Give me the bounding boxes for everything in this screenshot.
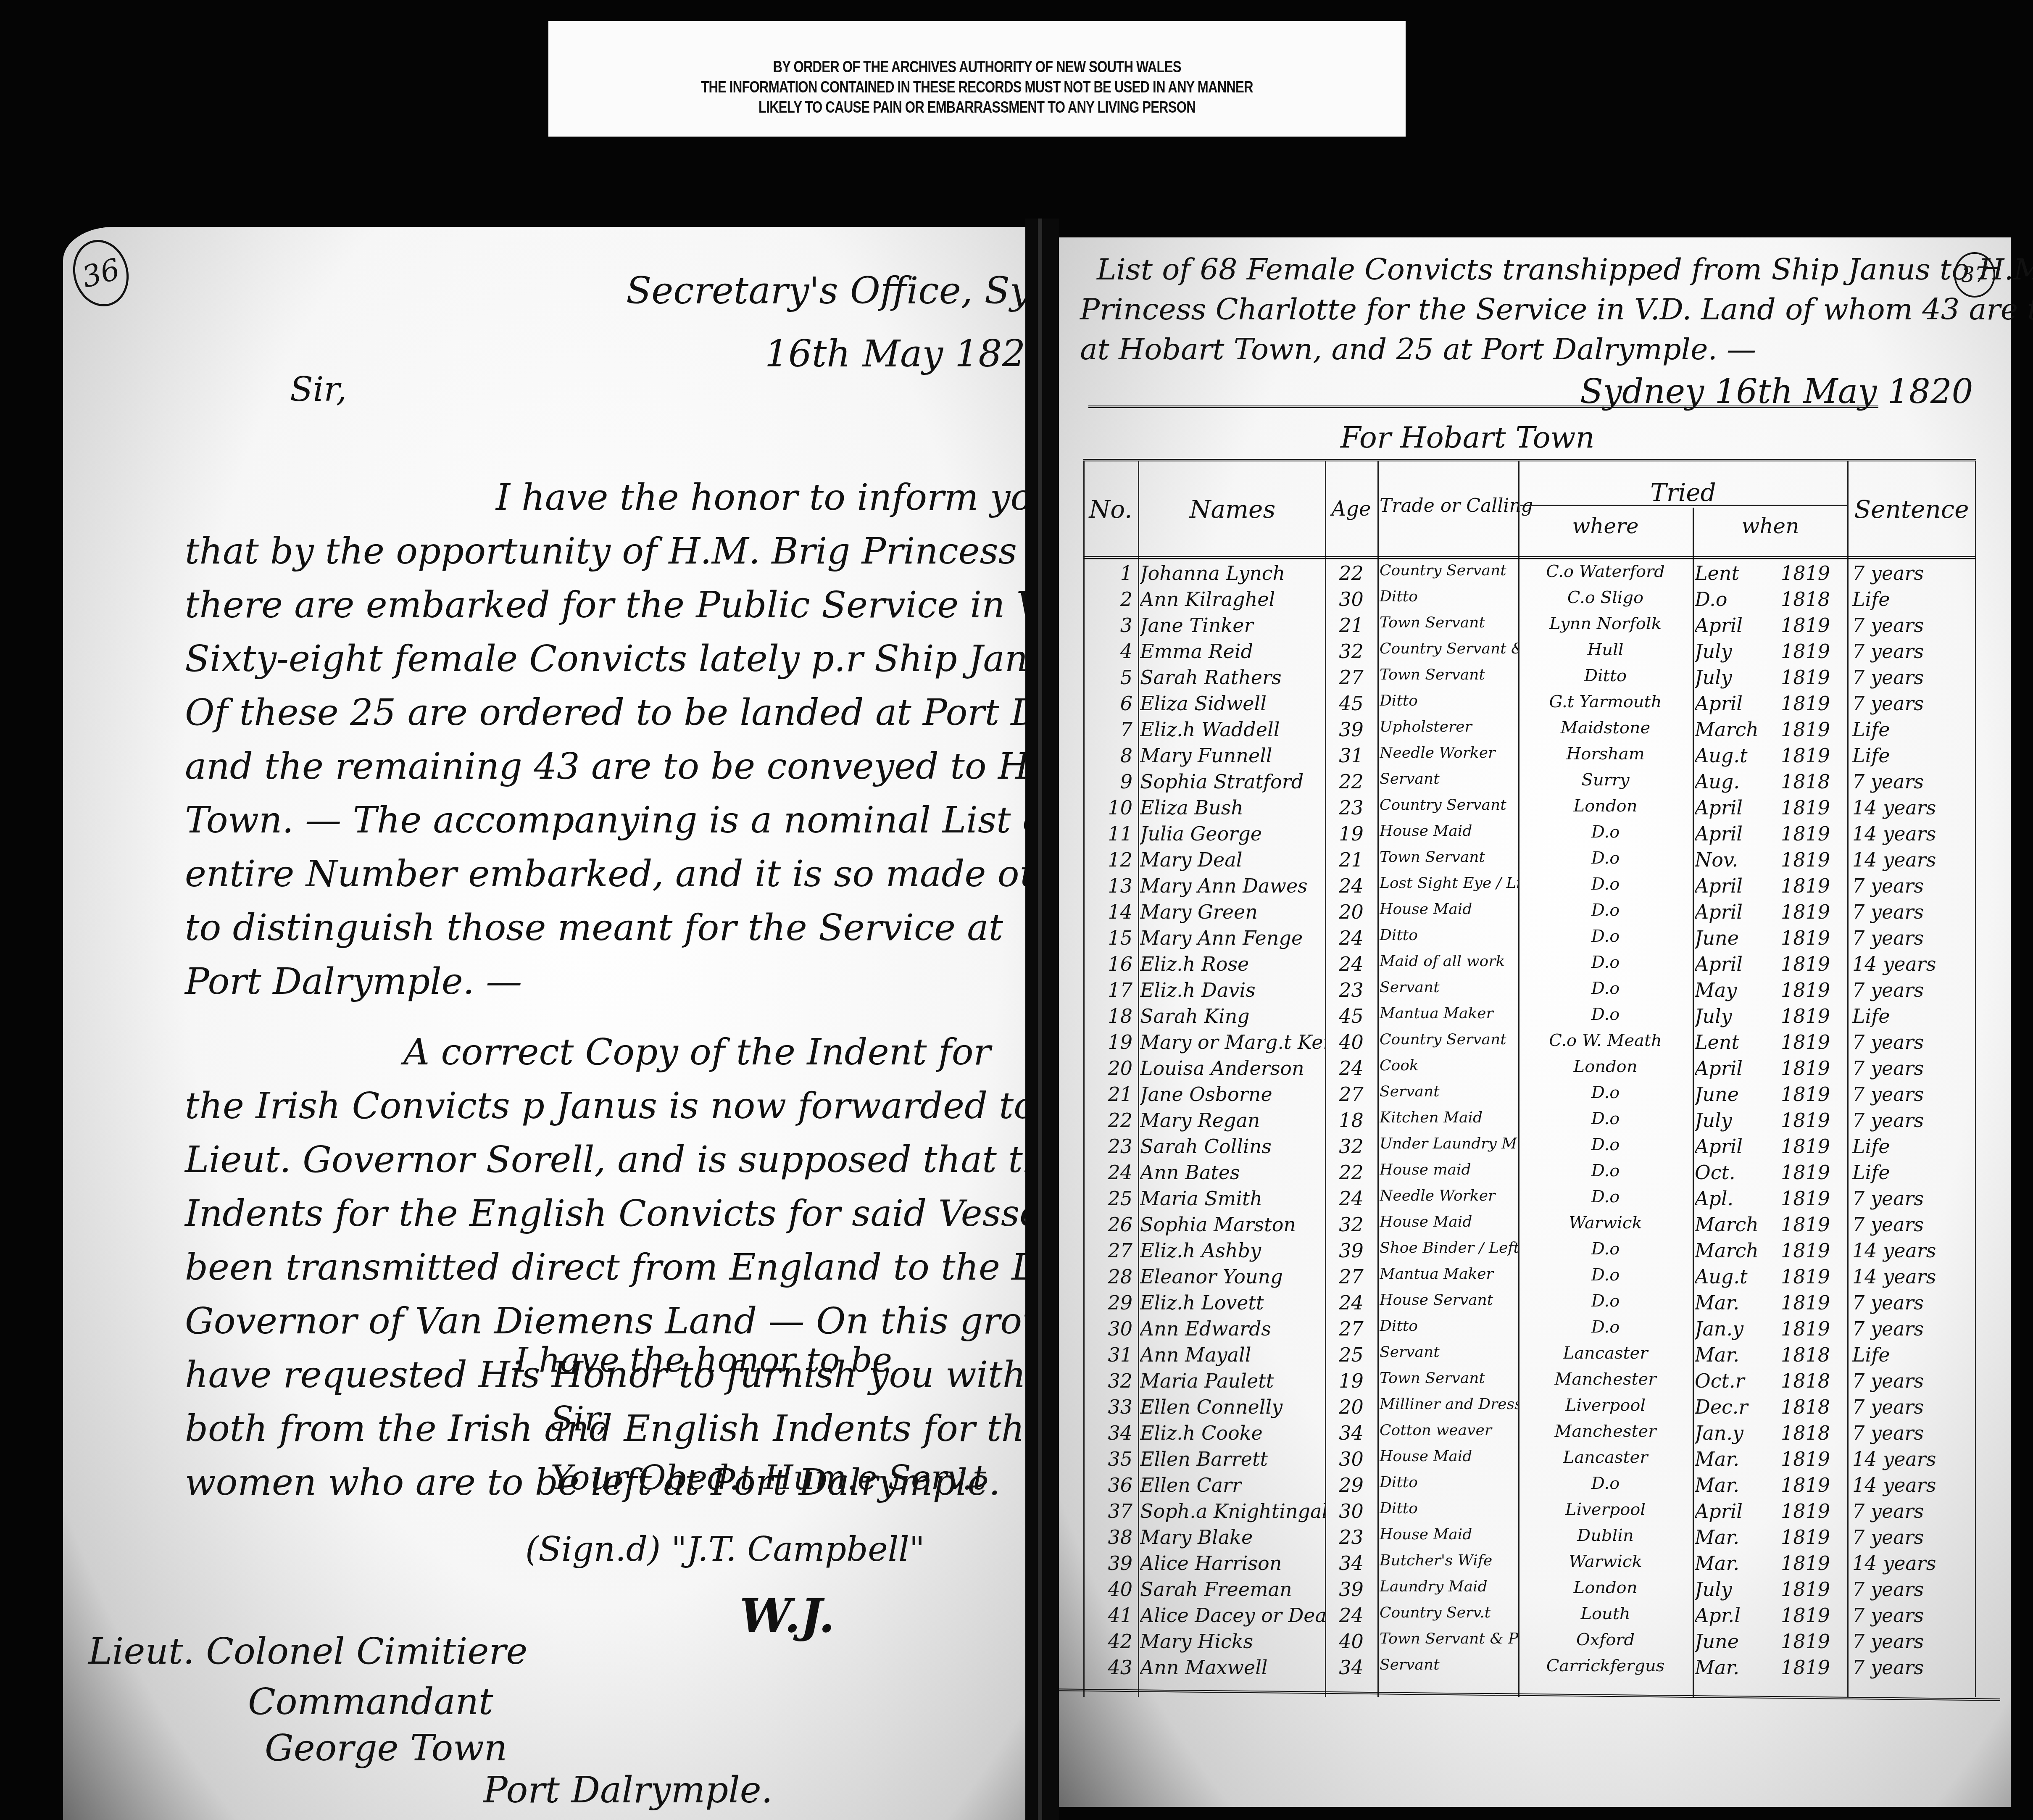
tried-when-month: March — [1695, 1213, 1779, 1236]
table-row: 21Jane Osborne27ServantD.oJune18197 year… — [1083, 1081, 1976, 1107]
sentence: 7 years — [1852, 1630, 1974, 1653]
table-row: 2Ann Kilraghel30DittoC.o SligoD.o1818Lif… — [1083, 586, 1976, 612]
sentence: 7 years — [1852, 1213, 1974, 1236]
table-row: 18Sarah King45Mantua MakerD.oJuly1819Lif… — [1083, 1003, 1976, 1029]
convict-age: 34 — [1327, 1656, 1375, 1679]
sentence: 14 years — [1852, 1474, 1974, 1496]
convict-age: 19 — [1327, 1370, 1375, 1392]
tried-when-month: Oct.r — [1695, 1370, 1779, 1392]
tried-when-year: 1819 — [1781, 614, 1838, 637]
row-number: 30 — [1083, 1317, 1136, 1340]
tried-where: Horsham — [1520, 744, 1691, 764]
sentence: 7 years — [1852, 874, 1974, 897]
trade-or-calling: House Maid — [1380, 1448, 1518, 1465]
tried-where: Liverpool — [1520, 1396, 1691, 1415]
tried-when-year: 1819 — [1781, 1135, 1838, 1158]
tried-where: D.o — [1520, 1317, 1691, 1337]
trade-or-calling: Kitchen Maid — [1380, 1109, 1518, 1126]
tried-where: D.o — [1520, 1187, 1691, 1206]
row-number: 10 — [1083, 796, 1136, 819]
convict-name: Emma Reid — [1140, 640, 1325, 663]
tried-when-year: 1819 — [1781, 692, 1838, 715]
row-number: 19 — [1083, 1031, 1136, 1054]
tried-when-year: 1819 — [1781, 1031, 1838, 1054]
tried-where: Manchester — [1520, 1422, 1691, 1441]
tried-when-month: Nov. — [1695, 848, 1779, 871]
tried-where: D.o — [1520, 979, 1691, 998]
tried-where: Louth — [1520, 1604, 1691, 1623]
table-row: 23Sarah Collins32Under Laundry M.dD.oApr… — [1083, 1133, 1976, 1159]
convict-name: Johanna Lynch — [1140, 562, 1325, 585]
tried-when-month: March — [1695, 1239, 1779, 1262]
header-tried: Tried — [1520, 478, 1846, 507]
row-number: 3 — [1083, 614, 1136, 637]
trade-or-calling: Servant — [1380, 1656, 1518, 1673]
trade-or-calling: Shoe Binder / Left Eye Blind — [1380, 1239, 1518, 1256]
sentence: 7 years — [1852, 1578, 1974, 1601]
title-line: at Hobart Town, and 25 at Port Dalrymple… — [1080, 332, 1756, 366]
tried-when-year: 1819 — [1781, 979, 1838, 1001]
convict-age: 24 — [1327, 927, 1375, 949]
tried-where: Ditto — [1520, 666, 1691, 685]
trade-or-calling: Maid of all work — [1380, 953, 1518, 970]
sentence: 14 years — [1852, 848, 1974, 871]
trade-or-calling: Town Servant — [1380, 848, 1518, 866]
sentence: 7 years — [1852, 1057, 1974, 1080]
tried-when-month: Lent — [1695, 1031, 1779, 1054]
tried-when-month: Aug.t — [1695, 744, 1779, 767]
row-number: 9 — [1083, 770, 1136, 793]
table-row: 1Johanna Lynch22Country ServantC.o Water… — [1083, 560, 1976, 586]
tried-when-month: Lent — [1695, 562, 1779, 585]
row-number: 15 — [1083, 927, 1136, 949]
convict-name: Maria Smith — [1140, 1187, 1325, 1210]
convict-name: Mary Deal — [1140, 848, 1325, 871]
tried-when-year: 1819 — [1781, 1526, 1838, 1549]
tried-where: D.o — [1520, 1135, 1691, 1154]
convict-name: Eleanor Young — [1140, 1265, 1325, 1288]
sentence: 7 years — [1852, 1317, 1974, 1340]
tried-when-year: 1819 — [1781, 1265, 1838, 1288]
letter-line: Sixty-eight female Convicts lately p.r S… — [185, 632, 1009, 686]
convict-age: 18 — [1327, 1109, 1375, 1132]
table-row: 32Maria Paulett19Town ServantManchesterO… — [1083, 1368, 1976, 1394]
row-number: 38 — [1083, 1526, 1136, 1549]
title-line: List of 68 Female Convicts transhipped f… — [1097, 252, 2033, 287]
sentence: 7 years — [1852, 1526, 1974, 1549]
tried-when-month: April — [1695, 1500, 1779, 1522]
letter-line: Governor of Van Diemens Land — On this g… — [185, 1294, 1009, 1348]
trade-or-calling: Town Servant — [1380, 666, 1518, 683]
sentence: 7 years — [1852, 1604, 1974, 1627]
convict-age: 39 — [1327, 1578, 1375, 1601]
tried-when-year: 1819 — [1781, 953, 1838, 975]
trade-or-calling: Needle Worker — [1380, 1187, 1518, 1204]
tried-when-month: April — [1695, 953, 1779, 975]
table-row: 27Eliz.h Ashby39Shoe Binder / Left Eye B… — [1083, 1238, 1976, 1264]
tried-where: C.o W. Meath — [1520, 1031, 1691, 1050]
convict-name: Mary Hicks — [1140, 1630, 1325, 1653]
trade-or-calling: Town Servant & Plain Cook — [1380, 1630, 1518, 1647]
tried-when-year: 1819 — [1781, 901, 1838, 923]
closing-line: Your Obed.t Hum.e Serv.t — [550, 1458, 986, 1497]
row-number: 13 — [1083, 874, 1136, 897]
row-number: 7 — [1083, 718, 1136, 741]
convict-age: 24 — [1327, 1604, 1375, 1627]
convict-name: Louisa Anderson — [1140, 1057, 1325, 1080]
convict-age: 45 — [1327, 692, 1375, 715]
tried-when-month: April — [1695, 874, 1779, 897]
letter-line: to distinguish those meant for the Servi… — [185, 901, 1009, 955]
trade-or-calling: Lost Sight Eye / Lint Maker — [1380, 874, 1518, 892]
tried-when-month: Mar. — [1695, 1291, 1779, 1314]
sentence: Life — [1852, 1161, 1974, 1184]
convict-name: Eliz.h Lovett — [1140, 1291, 1325, 1314]
tried-when-year: 1819 — [1781, 1552, 1838, 1575]
table-row: 15Mary Ann Fenge24DittoD.oJune18197 year… — [1083, 925, 1976, 951]
letter-line: Of these 25 are ordered to be landed at … — [185, 686, 1009, 740]
table-row: 43Ann Maxwell34ServantCarrickfergusMar.1… — [1083, 1654, 1976, 1680]
tried-when-year: 1819 — [1781, 1578, 1838, 1601]
table-row: 12Mary Deal21Town ServantD.oNov.181914 y… — [1083, 847, 1976, 873]
tried-when-year: 1818 — [1781, 1370, 1838, 1392]
convict-name: Mary Blake — [1140, 1526, 1325, 1549]
convict-age: 45 — [1327, 1005, 1375, 1027]
trade-or-calling: Mantua Maker — [1380, 1005, 1518, 1022]
letter-line: and the remaining 43 are to be conveyed … — [185, 740, 1009, 793]
convict-age: 40 — [1327, 1630, 1375, 1653]
convict-age: 29 — [1327, 1474, 1375, 1496]
tried-when-month: April — [1695, 692, 1779, 715]
tried-when-month: Mar. — [1695, 1526, 1779, 1549]
row-number: 6 — [1083, 692, 1136, 715]
convict-age: 19 — [1327, 822, 1375, 845]
trade-or-calling: Town Servant — [1380, 614, 1518, 631]
tried-when-year: 1819 — [1781, 666, 1838, 689]
tried-where: Warwick — [1520, 1213, 1691, 1233]
tried-when-year: 1819 — [1781, 1317, 1838, 1340]
row-number: 28 — [1083, 1265, 1136, 1288]
convict-name: Mary Funnell — [1140, 744, 1325, 767]
letter-line: Indents for the English Convicts for sai… — [185, 1187, 1009, 1241]
convict-name: Eliza Bush — [1140, 796, 1325, 819]
row-number: 41 — [1083, 1604, 1136, 1627]
tried-where: D.o — [1520, 927, 1691, 946]
convict-name: Eliz.h Cooke — [1140, 1422, 1325, 1444]
tried-where: C.o Sligo — [1520, 588, 1691, 607]
tried-when-year: 1819 — [1781, 1448, 1838, 1470]
table-row: 5Sarah Rathers27Town ServantDittoJuly181… — [1083, 664, 1976, 690]
trade-or-calling: Ditto — [1380, 927, 1518, 944]
row-number: 42 — [1083, 1630, 1136, 1653]
letter-heading-date: 16th May 1820 — [765, 332, 1049, 375]
table-row: 40Sarah Freeman39Laundry MaidLondonJuly1… — [1083, 1576, 1976, 1602]
table-row: 29Eliz.h Lovett24House ServantD.oMar.181… — [1083, 1290, 1976, 1316]
tried-where: D.o — [1520, 1083, 1691, 1102]
tried-when-month: Mar. — [1695, 1552, 1779, 1575]
convict-age: 32 — [1327, 1135, 1375, 1158]
sentence: 7 years — [1852, 1422, 1974, 1444]
table-row: 9Sophia Stratford22ServantSurryAug.18187… — [1083, 769, 1976, 795]
table-row: 3Jane Tinker21Town ServantLynn NorfolkAp… — [1083, 612, 1976, 638]
tried-where: Liverpool — [1520, 1500, 1691, 1519]
tried-when-month: July — [1695, 1578, 1779, 1601]
tried-when-month: Apr.l — [1695, 1604, 1779, 1627]
row-number: 18 — [1083, 1005, 1136, 1027]
tried-where: D.o — [1520, 1005, 1691, 1024]
convict-name: Eliza Sidwell — [1140, 692, 1325, 715]
table-row: 17Eliz.h Davis23ServantD.oMay18197 years — [1083, 977, 1976, 1003]
section-heading: For Hobart Town — [1340, 420, 1595, 455]
sentence: 7 years — [1852, 1656, 1974, 1679]
convict-name: Alice Harrison — [1140, 1552, 1325, 1575]
tried-where: Warwick — [1520, 1552, 1691, 1571]
trade-or-calling: Ditto — [1380, 1317, 1518, 1335]
table-row: 28Eleanor Young27Mantua MakerD.oAug.t181… — [1083, 1264, 1976, 1290]
tried-when-year: 1819 — [1781, 1500, 1838, 1522]
letter-line: the Irish Convicts p Janus is now forwar… — [185, 1079, 1009, 1133]
tried-when-year: 1819 — [1781, 1005, 1838, 1027]
sentence: 7 years — [1852, 562, 1974, 585]
table-row: 8Mary Funnell31Needle WorkerHorshamAug.t… — [1083, 743, 1976, 769]
addressee-line: Commandant — [248, 1681, 493, 1723]
convict-name: Ellen Barrett — [1140, 1448, 1325, 1470]
table-row: 14Mary Green20House MaidD.oApril18197 ye… — [1083, 899, 1976, 925]
convict-age: 24 — [1327, 874, 1375, 897]
tried-when-month: Aug.t — [1695, 1265, 1779, 1288]
notice-line-1: BY ORDER OF THE ARCHIVES AUTHORITY OF NE… — [773, 57, 1181, 77]
convict-name: Eliz.h Rose — [1140, 953, 1325, 975]
tried-when-month: July — [1695, 666, 1779, 689]
binding-gutter — [1025, 219, 1059, 1820]
convict-name: Ellen Connelly — [1140, 1396, 1325, 1418]
convict-age: 30 — [1327, 1500, 1375, 1522]
tried-when-year: 1819 — [1781, 822, 1838, 845]
row-number: 26 — [1083, 1213, 1136, 1236]
addressee-line: Port Dalrymple. — [483, 1769, 773, 1811]
trade-or-calling: Cotton weaver — [1380, 1422, 1518, 1439]
tried-when-month: April — [1695, 1057, 1779, 1080]
tried-when-year: 1819 — [1781, 744, 1838, 767]
tried-when-year: 1819 — [1781, 1239, 1838, 1262]
sentence: 7 years — [1852, 692, 1974, 715]
table-row: 33Ellen Connelly20Milliner and Dressmake… — [1083, 1394, 1976, 1420]
trade-or-calling: Country Servant — [1380, 1031, 1518, 1048]
tried-when-year: 1818 — [1781, 1396, 1838, 1418]
table-row: 34Eliz.h Cooke34Cotton weaverManchesterJ… — [1083, 1420, 1976, 1446]
sentence: 7 years — [1852, 1291, 1974, 1314]
table-header: No. Names Age Trade or Calling Tried whe… — [1083, 461, 1976, 559]
convict-name: Ellen Carr — [1140, 1474, 1325, 1496]
tried-when-year: 1819 — [1781, 1291, 1838, 1314]
trade-or-calling: Cook — [1380, 1057, 1518, 1074]
sentence: 14 years — [1852, 1448, 1974, 1470]
tried-where: Lancaster — [1520, 1343, 1691, 1363]
header-trade: Trade or Calling — [1380, 495, 1516, 516]
tried-when-year: 1819 — [1781, 1213, 1838, 1236]
tried-when-year: 1819 — [1781, 1109, 1838, 1132]
sentence: 7 years — [1852, 927, 1974, 949]
row-number: 29 — [1083, 1291, 1136, 1314]
row-number: 4 — [1083, 640, 1136, 663]
sentence: Life — [1852, 718, 1974, 741]
tried-when-year: 1819 — [1781, 562, 1838, 585]
sentence: 14 years — [1852, 796, 1974, 819]
trade-or-calling: Under Laundry M.d — [1380, 1135, 1518, 1152]
letter-salutation: Sir, — [290, 370, 347, 409]
tried-when-year: 1819 — [1781, 718, 1838, 741]
tried-where: D.o — [1520, 1265, 1691, 1285]
table-row: 26Sophia Marston32House MaidWarwickMarch… — [1083, 1212, 1976, 1238]
convict-age: 39 — [1327, 718, 1375, 741]
row-number: 17 — [1083, 979, 1136, 1001]
convict-name: Sarah Collins — [1140, 1135, 1325, 1158]
row-number: 34 — [1083, 1422, 1136, 1444]
tried-when-month: July — [1695, 640, 1779, 663]
letter-signature: (Sign.d) "J.T. Campbell" — [525, 1530, 925, 1569]
convict-age: 20 — [1327, 901, 1375, 923]
row-number: 27 — [1083, 1239, 1136, 1262]
convict-age: 24 — [1327, 1187, 1375, 1210]
sentence: 7 years — [1852, 770, 1974, 793]
trade-or-calling: House Maid — [1380, 1213, 1518, 1230]
tried-when-month: July — [1695, 1109, 1779, 1132]
convict-name: Sophia Stratford — [1140, 770, 1325, 793]
table-row: 6Eliza Sidwell45DittoG.t YarmouthApril18… — [1083, 690, 1976, 716]
tried-subrule — [1520, 505, 1847, 506]
row-number: 24 — [1083, 1161, 1136, 1184]
trade-or-calling: Butcher's Wife — [1380, 1552, 1518, 1569]
row-number: 22 — [1083, 1109, 1136, 1132]
tried-where: C.o Waterford — [1520, 562, 1691, 581]
sentence: 7 years — [1852, 1370, 1974, 1392]
table-row: 7Eliz.h Waddell39UpholstererMaidstoneMar… — [1083, 716, 1976, 743]
tried-when-year: 1819 — [1781, 1187, 1838, 1210]
convict-name: Sarah Freeman — [1140, 1578, 1325, 1601]
tried-where: D.o — [1520, 1474, 1691, 1493]
convict-table: No. Names Age Trade or Calling Tried whe… — [1083, 459, 1976, 1697]
table-row: 19Mary or Marg.t Kennedy40Country Servan… — [1083, 1029, 1976, 1055]
table-row: 24Ann Bates22House maidD.oOct.1819Life — [1083, 1159, 1976, 1185]
table-row: 13Mary Ann Dawes24Lost Sight Eye / Lint … — [1083, 873, 1976, 899]
tried-where: London — [1520, 1578, 1691, 1597]
table-row: 42Mary Hicks40Town Servant & Plain CookO… — [1083, 1628, 1976, 1654]
tried-when-month: June — [1695, 927, 1779, 949]
tried-where: D.o — [1520, 874, 1691, 894]
convict-name: Jane Tinker — [1140, 614, 1325, 637]
convict-age: 23 — [1327, 796, 1375, 819]
row-number: 20 — [1083, 1057, 1136, 1080]
convict-age: 20 — [1327, 1396, 1375, 1418]
convict-name: Ann Edwards — [1140, 1317, 1325, 1340]
tried-when-year: 1819 — [1781, 1474, 1838, 1496]
convict-name: Sophia Marston — [1140, 1213, 1325, 1236]
sentence: 7 years — [1852, 1187, 1974, 1210]
tried-when-month: D.o — [1695, 588, 1779, 611]
row-number: 40 — [1083, 1578, 1136, 1601]
trade-or-calling: Country Servant — [1380, 796, 1518, 814]
trade-or-calling: Country Servant — [1380, 562, 1518, 579]
table-row: 25Maria Smith24Needle WorkerD.oApl.18197… — [1083, 1185, 1976, 1212]
convict-age: 34 — [1327, 1422, 1375, 1444]
tried-where: D.o — [1520, 822, 1691, 842]
convict-age: 32 — [1327, 1213, 1375, 1236]
tried-where: Hull — [1520, 640, 1691, 659]
convict-age: 23 — [1327, 1526, 1375, 1549]
tried-when-month: Mar. — [1695, 1474, 1779, 1496]
row-number: 16 — [1083, 953, 1136, 975]
convict-age: 23 — [1327, 979, 1375, 1001]
sentence: 7 years — [1852, 666, 1974, 689]
row-number: 33 — [1083, 1396, 1136, 1418]
convict-name: Eliz.h Waddell — [1140, 718, 1325, 741]
row-number: 37 — [1083, 1500, 1136, 1522]
trade-or-calling: Servant — [1380, 770, 1518, 788]
tried-when-month: Mar. — [1695, 1656, 1779, 1679]
tried-when-month: April — [1695, 614, 1779, 637]
table-row: 31Ann Mayall25ServantLancasterMar.1818Li… — [1083, 1342, 1976, 1368]
trade-or-calling: Country Serv.t — [1380, 1604, 1518, 1621]
letter-line: there are embarked for the Public Servic… — [185, 578, 1009, 632]
convict-age: 34 — [1327, 1552, 1375, 1575]
tried-where: Maidstone — [1520, 718, 1691, 737]
tried-where: Dublin — [1520, 1526, 1691, 1545]
row-number: 23 — [1083, 1135, 1136, 1158]
tried-when-year: 1818 — [1781, 588, 1838, 611]
trade-or-calling: Needle Worker — [1380, 744, 1518, 761]
row-number: 12 — [1083, 848, 1136, 871]
convict-age: 21 — [1327, 848, 1375, 871]
tried-when-year: 1819 — [1781, 1057, 1838, 1080]
tried-when-month: Mar. — [1695, 1343, 1779, 1366]
header-sentence: Sentence — [1849, 495, 1974, 524]
table-row: 36Ellen Carr29DittoD.oMar.181914 years — [1083, 1472, 1976, 1498]
row-number: 25 — [1083, 1187, 1136, 1210]
trade-or-calling: Ditto — [1380, 1500, 1518, 1517]
trade-or-calling: Town Servant — [1380, 1370, 1518, 1387]
convict-age: 30 — [1327, 588, 1375, 611]
sentence: Life — [1852, 1343, 1974, 1366]
trade-or-calling: House maid — [1380, 1161, 1518, 1178]
table-row: 22Mary Regan18Kitchen MaidD.oJuly18197 y… — [1083, 1107, 1976, 1133]
closing-line: I have the honor to be — [515, 1341, 892, 1380]
sentence: 7 years — [1852, 640, 1974, 663]
sentence: 14 years — [1852, 1552, 1974, 1575]
convict-name: Ann Kilraghel — [1140, 588, 1325, 611]
convict-name: Alice Dacey or Deacy — [1140, 1604, 1325, 1627]
tried-when-month: April — [1695, 901, 1779, 923]
tried-when-year: 1819 — [1781, 796, 1838, 819]
table-row: 30Ann Edwards27DittoD.oJan.y18197 years — [1083, 1316, 1976, 1342]
tried-where: D.o — [1520, 1161, 1691, 1180]
archives-notice-banner: BY ORDER OF THE ARCHIVES AUTHORITY OF NE… — [548, 21, 1406, 137]
trade-or-calling: Ditto — [1380, 692, 1518, 709]
convict-name: Eliz.h Ashby — [1140, 1239, 1325, 1262]
trade-or-calling: House Maid — [1380, 822, 1518, 840]
sentence: 7 years — [1852, 979, 1974, 1001]
convict-age: 27 — [1327, 1317, 1375, 1340]
convict-age: 22 — [1327, 770, 1375, 793]
convict-name: Soph.a Knightingale — [1140, 1500, 1325, 1522]
convict-age: 30 — [1327, 1448, 1375, 1470]
table-row: 11Julia George19House MaidD.oApril181914… — [1083, 821, 1976, 847]
trade-or-calling: House Servant — [1380, 1291, 1518, 1309]
tried-when-year: 1818 — [1781, 770, 1838, 793]
tried-where: London — [1520, 796, 1691, 816]
convict-name: Mary or Marg.t Kennedy — [1140, 1031, 1325, 1054]
trade-or-calling: House Maid — [1380, 1526, 1518, 1543]
table-row: 38Mary Blake23House MaidDublinMar.18197 … — [1083, 1524, 1976, 1550]
